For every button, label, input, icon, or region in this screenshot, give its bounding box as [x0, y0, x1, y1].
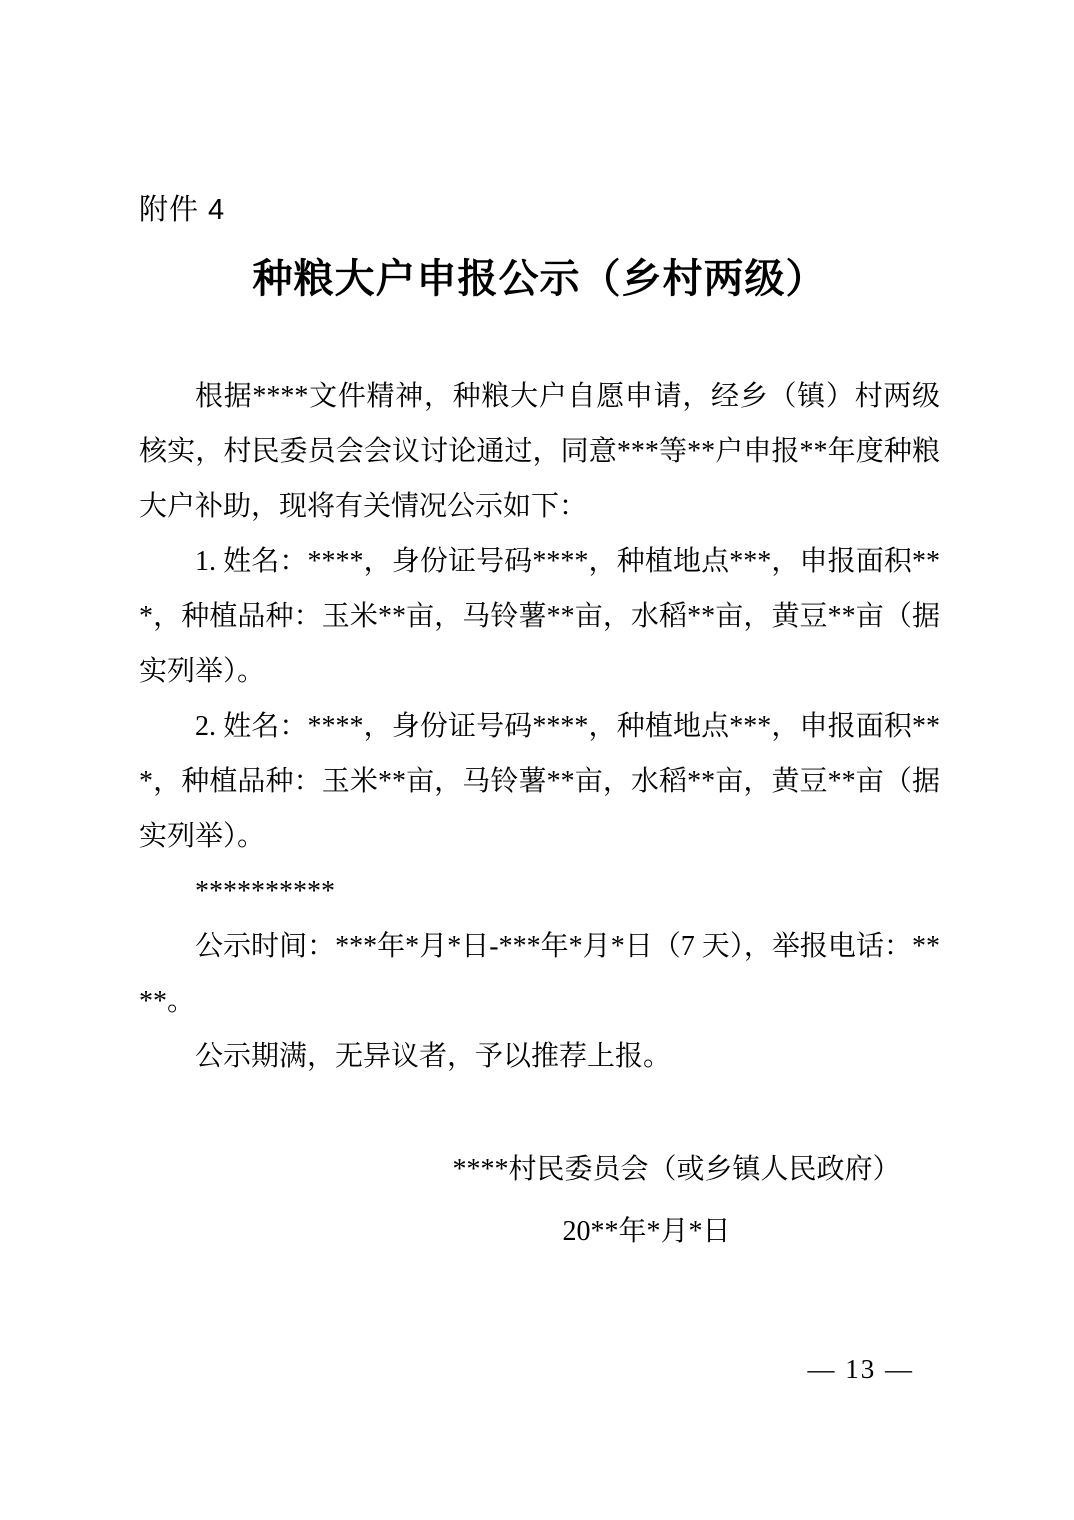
- document-content: 附件 4 种粮大户申报公示（乡村两级） 根据****文件精神，种粮大户自愿申请，…: [0, 0, 1074, 1263]
- signature-date: 20**年*月*日: [413, 1201, 880, 1263]
- page-number: — 13 —: [808, 1352, 915, 1386]
- signature-block: ****村民委员会（或乡镇人民政府） 20**年*月*日: [413, 1139, 940, 1263]
- document-page: 附件 4 种粮大户申报公示（乡村两级） 根据****文件精神，种粮大户自愿申请，…: [0, 0, 1074, 1520]
- attachment-label: 附件 4: [139, 193, 940, 227]
- paragraph-intro: 根据****文件精神，种粮大户自愿申请，经乡（镇）村两级核实，村民委员会会议讨论…: [139, 369, 940, 534]
- paragraph-applicant-1: 1. 姓名：****，身份证号码****，种植地点***，申报面积***，种植品…: [139, 534, 940, 699]
- paragraph-publicity-period: 公示时间：***年*月*日-***年*月*日（7 天），举报电话：****。: [139, 919, 940, 1029]
- paragraph-closing: 公示期满，无异议者，予以推荐上报。: [139, 1029, 940, 1084]
- signature-organization: ****村民委员会（或乡镇人民政府）: [413, 1139, 940, 1201]
- paragraph-asterisk-row: **********: [139, 864, 940, 919]
- page-title: 种粮大户申报公示（乡村两级）: [139, 253, 940, 305]
- document-body: 根据****文件精神，种粮大户自愿申请，经乡（镇）村两级核实，村民委员会会议讨论…: [139, 369, 940, 1084]
- paragraph-applicant-2: 2. 姓名：****，身份证号码****，种植地点***，申报面积***，种植品…: [139, 699, 940, 864]
